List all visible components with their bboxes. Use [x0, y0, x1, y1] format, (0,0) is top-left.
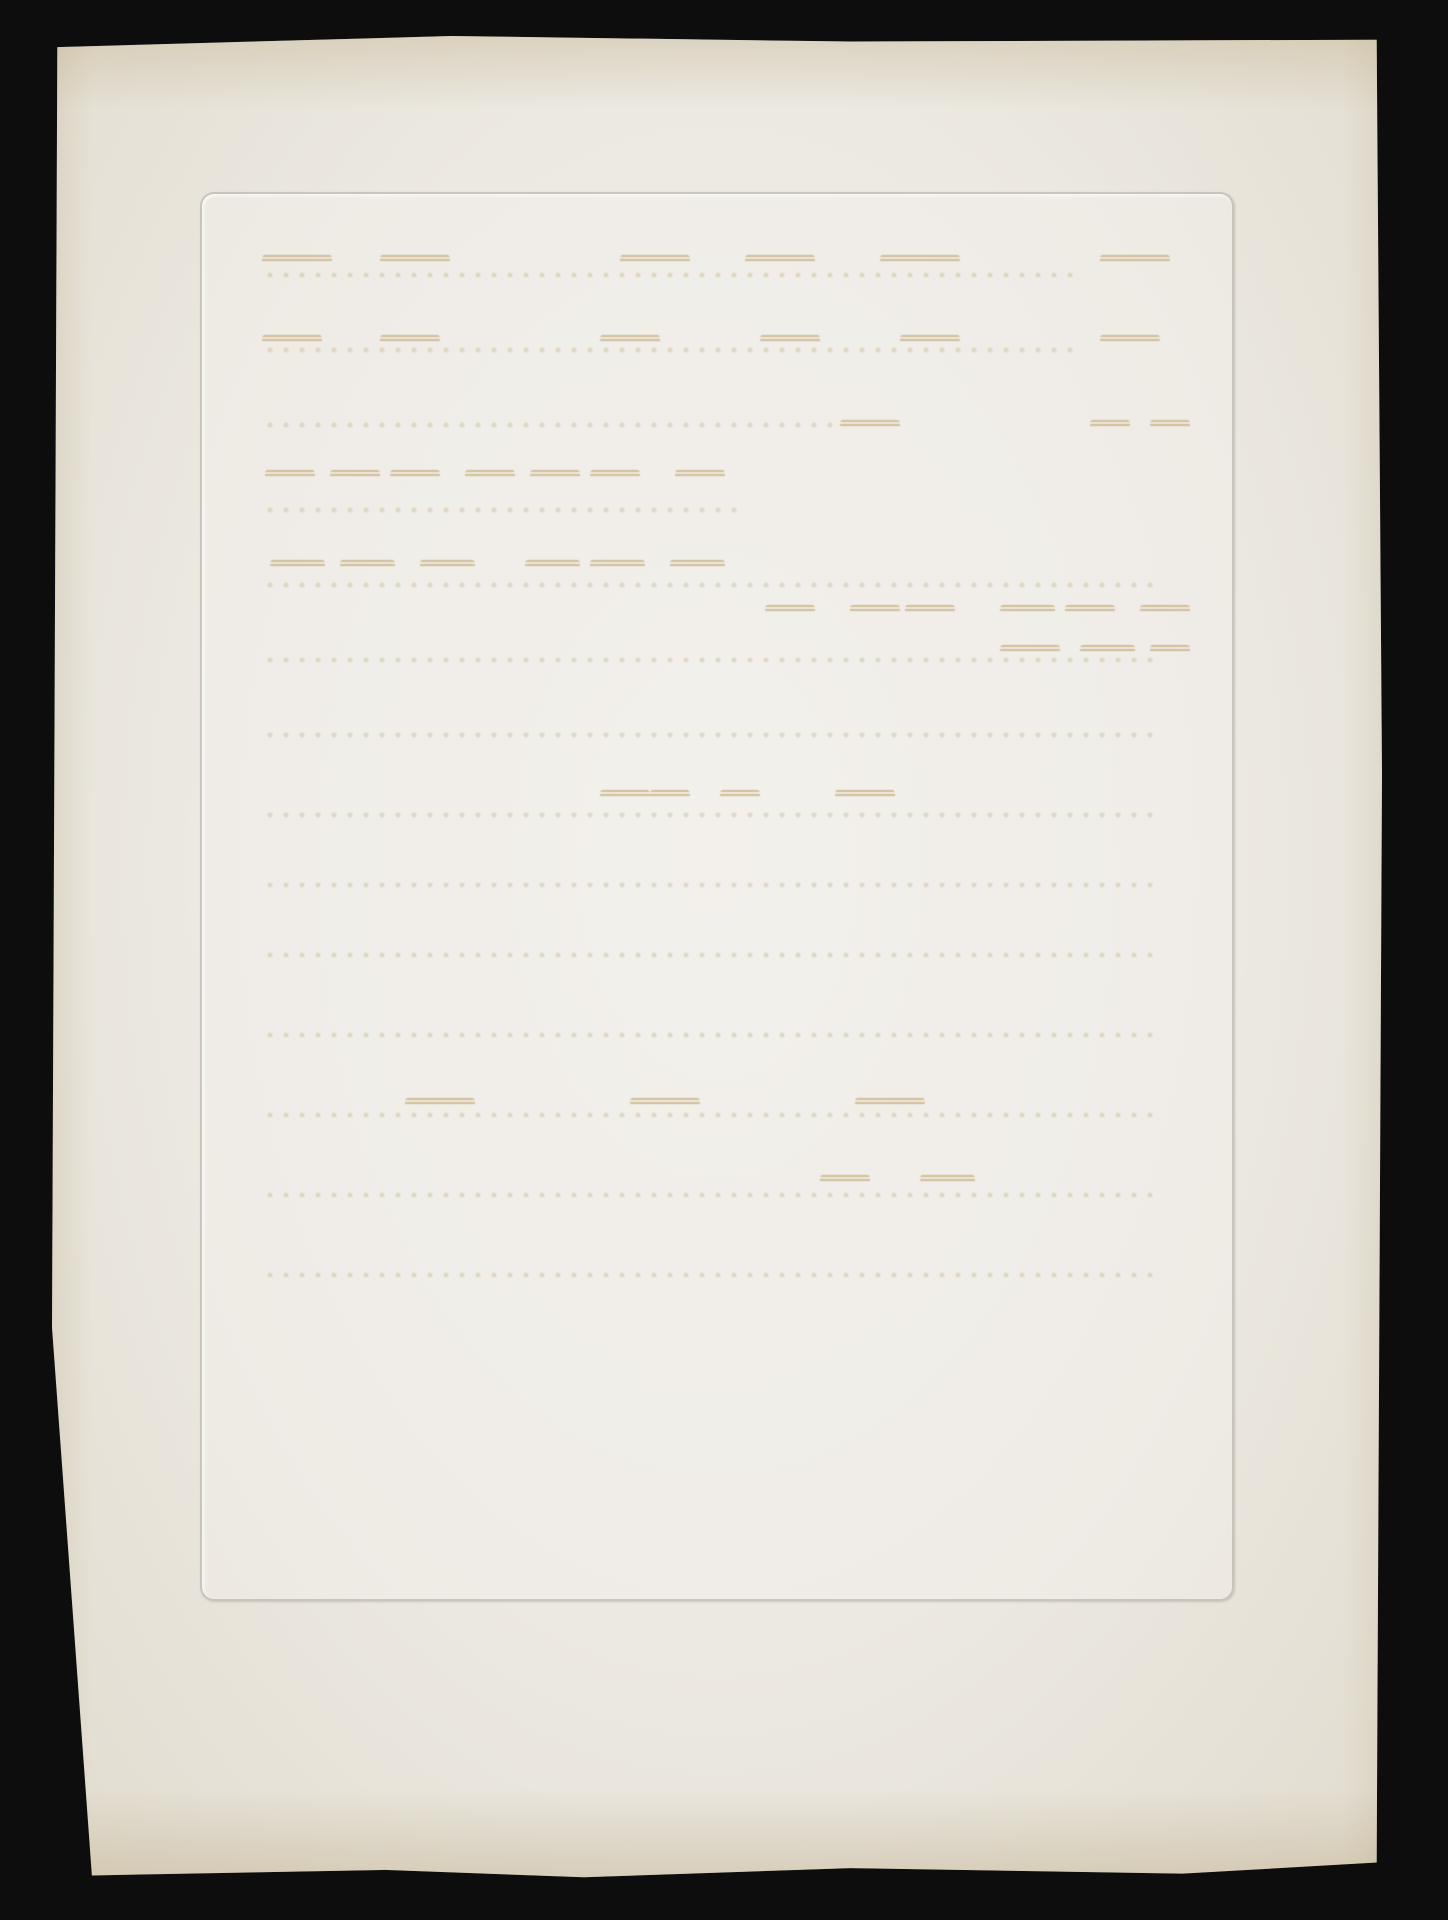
beam-mark [650, 790, 690, 798]
note-dots [262, 1270, 1162, 1280]
beam-mark [380, 255, 450, 263]
note-dots [262, 1030, 1162, 1040]
beam-mark [420, 560, 475, 568]
beam-mark [530, 470, 580, 478]
beam-mark [1000, 605, 1055, 613]
note-dots [262, 810, 1162, 820]
beam-mark [1150, 645, 1190, 653]
beam-mark [525, 560, 580, 568]
beam-mark [675, 470, 725, 478]
beam-mark [1150, 420, 1190, 428]
beam-mark [265, 470, 315, 478]
beam-mark [880, 255, 960, 263]
note-dots [262, 655, 1162, 665]
beam-mark [840, 420, 900, 428]
beam-mark [590, 560, 645, 568]
beam-mark [340, 560, 395, 568]
beam-mark [850, 605, 900, 613]
beam-mark [270, 560, 325, 568]
beam-mark [760, 335, 820, 343]
beam-mark [1080, 645, 1135, 653]
beam-mark [620, 255, 690, 263]
beam-mark [390, 470, 440, 478]
note-dots [262, 420, 842, 430]
beam-mark [630, 1098, 700, 1106]
plate-mark [200, 192, 1234, 1601]
beam-mark [600, 335, 660, 343]
beam-mark [920, 1175, 975, 1183]
beam-mark [380, 335, 440, 343]
note-dots [262, 345, 1082, 355]
beam-mark [262, 255, 332, 263]
beam-mark [670, 560, 725, 568]
beam-mark [820, 1175, 870, 1183]
beam-mark [465, 470, 515, 478]
note-dots [262, 1190, 1162, 1200]
note-dots [262, 1110, 1162, 1120]
beam-mark [600, 790, 650, 798]
beam-mark [745, 255, 815, 263]
beam-mark [905, 605, 955, 613]
beam-mark [855, 1098, 925, 1106]
photo-scene [0, 0, 1448, 1920]
beam-mark [590, 470, 640, 478]
beam-mark [1065, 605, 1115, 613]
beam-mark [720, 790, 760, 798]
note-dots [262, 505, 742, 515]
note-dots [262, 270, 1082, 280]
beam-mark [765, 605, 815, 613]
note-dots [262, 950, 1162, 960]
note-dots [262, 730, 1162, 740]
note-dots [262, 880, 1162, 890]
beam-mark [835, 790, 895, 798]
beam-mark [330, 470, 380, 478]
beam-mark [1100, 335, 1160, 343]
beam-mark [900, 335, 960, 343]
beam-mark [262, 335, 322, 343]
beam-mark [1100, 255, 1170, 263]
beam-mark [1140, 605, 1190, 613]
beam-mark [1000, 645, 1060, 653]
note-dots [262, 580, 1162, 590]
beam-mark [405, 1098, 475, 1106]
beam-mark [1090, 420, 1130, 428]
